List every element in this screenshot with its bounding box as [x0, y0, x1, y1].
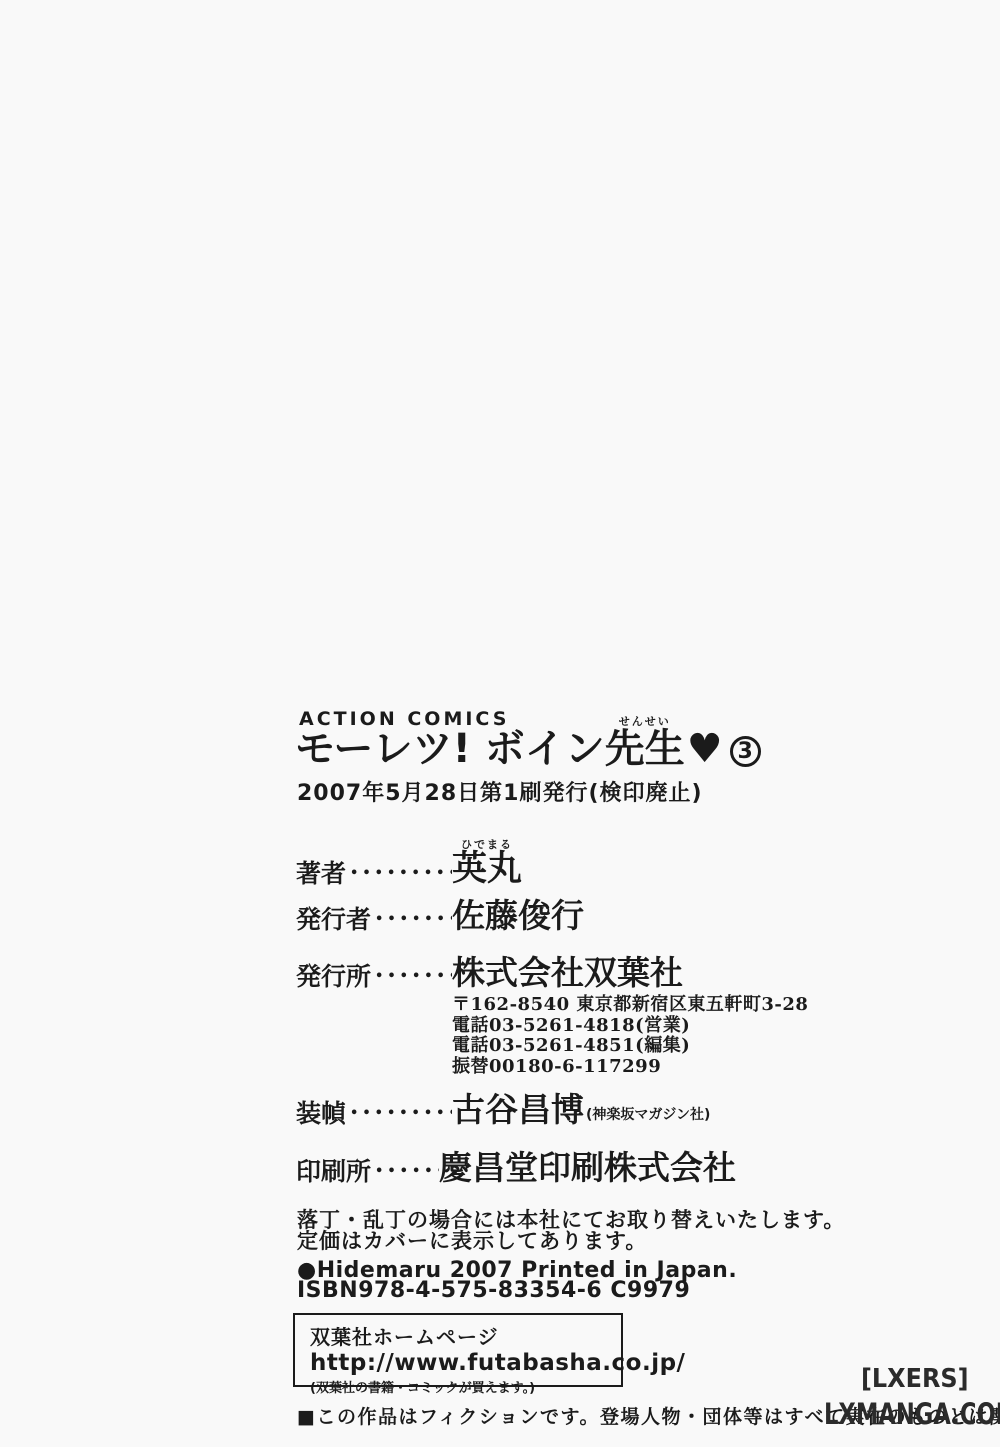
- author-label: 著者: [296, 860, 346, 888]
- publisher-name: 株式会社双葉社: [452, 956, 683, 991]
- printer-name: 慶昌堂印刷株式会社: [439, 1151, 736, 1186]
- book-title-text: モーレツ! ボイン: [295, 728, 605, 770]
- issuer-label: 発行者: [296, 906, 371, 934]
- watermark-lxmanga: LXMANGA.COM: [824, 1397, 1000, 1431]
- print-date: 2007年5月28日第1刷発行(検印廃止): [297, 776, 703, 807]
- price-notice: 定価はカバーに表示してあります。: [297, 1231, 845, 1252]
- colophon-page: ACTION COMICS モーレツ! ボイン せんせい 先生 ♥ 3 2007…: [0, 0, 1000, 1447]
- credit-left: 印刷所 ••••••••••: [296, 1158, 439, 1186]
- book-title-ruby: せんせい 先生: [605, 716, 685, 770]
- publisher-phone-sales: 電話03-5261-4818(営業): [452, 1016, 808, 1037]
- book-title-sensei: 先生: [605, 728, 685, 770]
- credit-row-binding: 装幀 •••••••••••• 古谷昌博 (神楽坂マガジン社): [296, 1093, 736, 1128]
- isbn-line: ISBN978-4-575-83354-6 C9979: [297, 1281, 737, 1301]
- credit-row-issuer: 発行者 •••••••••• 佐藤俊行: [296, 899, 736, 934]
- homepage-note: (双葉社の書籍・コミックが買えます。): [310, 1377, 621, 1396]
- issuer-name: 佐藤俊行: [452, 899, 584, 934]
- binding-designer-name: 古谷昌博: [452, 1093, 584, 1128]
- dot-leader: ••••••••••: [371, 1164, 439, 1186]
- publisher-label: 発行所: [296, 963, 371, 991]
- credit-row-printer: 印刷所 •••••••••• 慶昌堂印刷株式会社: [296, 1151, 736, 1186]
- dot-leader: ••••••••••••: [346, 1106, 452, 1128]
- credit-left: 発行所 ••••••••••: [296, 963, 452, 991]
- publisher-address: 〒162-8540 東京都新宿区東五軒町3-28: [452, 995, 808, 1016]
- publisher-phone-editorial: 電話03-5261-4851(編集): [452, 1036, 808, 1057]
- homepage-box: 双葉社ホームページ http://www.futabasha.co.jp/ (双…: [293, 1313, 623, 1387]
- heart-icon: ♥: [687, 728, 723, 770]
- watermark-lxers: [LXERS]: [861, 1364, 969, 1394]
- replacement-notice: 落丁・乱丁の場合には本社にてお取り替えいたします。: [297, 1210, 845, 1231]
- credit-left: 発行者 ••••••••••: [296, 906, 452, 934]
- credit-left: 著者 •••••••••••••: [296, 860, 452, 888]
- credit-left: 装幀 ••••••••••••: [296, 1100, 452, 1128]
- publisher-contact: 〒162-8540 東京都新宿区東五軒町3-28 電話03-5261-4818(…: [452, 995, 808, 1077]
- book-title: モーレツ! ボイン せんせい 先生 ♥ 3: [295, 716, 761, 770]
- author-name: 英丸: [452, 851, 522, 888]
- dot-leader: •••••••••••••: [346, 866, 452, 888]
- author-name-ruby: ひでまる 英丸: [452, 839, 522, 888]
- homepage-title: 双葉社ホームページ: [310, 1321, 621, 1350]
- dot-leader: ••••••••••: [371, 912, 452, 934]
- binding-label: 装幀: [296, 1100, 346, 1128]
- binding-designer-note: (神楽坂マガジン社): [584, 1104, 710, 1128]
- credit-row-author: 著者 ••••••••••••• ひでまる 英丸: [296, 839, 736, 888]
- volume-number-badge: 3: [730, 736, 761, 767]
- publisher-postal-transfer: 振替00180-6-117299: [452, 1057, 808, 1078]
- homepage-url: http://www.futabasha.co.jp/: [310, 1350, 621, 1376]
- credit-row-publisher: 発行所 •••••••••• 株式会社双葉社: [296, 956, 736, 991]
- dot-leader: ••••••••••: [371, 969, 452, 991]
- printer-label: 印刷所: [296, 1158, 371, 1186]
- notices: 落丁・乱丁の場合には本社にてお取り替えいたします。 定価はカバーに表示してありま…: [297, 1210, 845, 1252]
- copyright-block: ●Hidemaru 2007 Printed in Japan. ISBN978…: [297, 1261, 737, 1301]
